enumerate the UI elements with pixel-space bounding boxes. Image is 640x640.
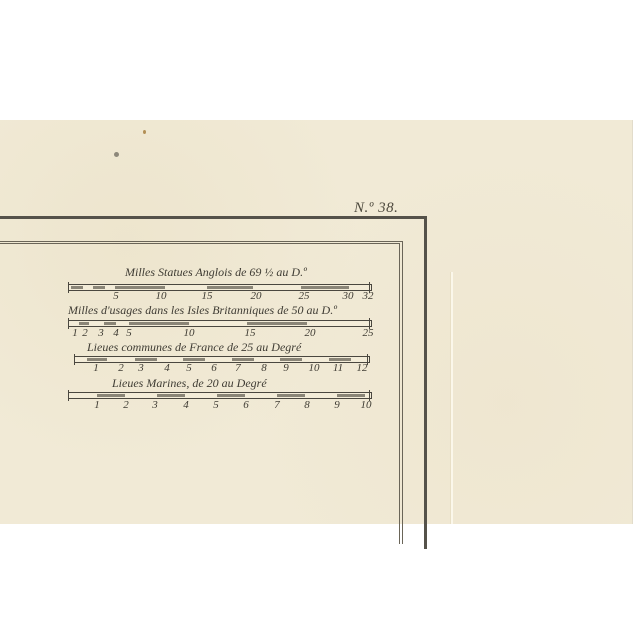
tick-label: 9 bbox=[334, 399, 340, 411]
scale-bar bbox=[68, 320, 372, 327]
foxing-spot bbox=[143, 130, 146, 134]
tick-label: 6 bbox=[243, 399, 249, 411]
scale-title: Lieues communes de France de 25 au Degré bbox=[87, 340, 301, 355]
tick-label: 4 bbox=[183, 399, 189, 411]
plate-number: N.º 38. bbox=[354, 200, 398, 217]
tick-label: 7 bbox=[235, 362, 241, 374]
tick-label: 10 bbox=[184, 327, 195, 339]
tick-label: 4 bbox=[113, 327, 119, 339]
foxing-spot bbox=[114, 152, 119, 157]
plate-mark-edge bbox=[450, 272, 453, 524]
tick-label: 6 bbox=[211, 362, 217, 374]
tick-label: 1 bbox=[93, 362, 99, 374]
tick-label: 8 bbox=[304, 399, 310, 411]
tick-label: 5 bbox=[186, 362, 192, 374]
tick-label: 3 bbox=[138, 362, 144, 374]
tick-label: 10 bbox=[361, 399, 372, 411]
tick-label: 12 bbox=[357, 362, 368, 374]
tick-label: 10 bbox=[309, 362, 320, 374]
tick-label: 25 bbox=[299, 290, 310, 302]
tick-label: 8 bbox=[261, 362, 267, 374]
tick-label: 32 bbox=[363, 290, 374, 302]
tick-label: 2 bbox=[118, 362, 124, 374]
tick-label: 4 bbox=[164, 362, 170, 374]
tick-label: 5 bbox=[213, 399, 219, 411]
tick-label: 3 bbox=[152, 399, 158, 411]
tick-label: 30 bbox=[343, 290, 354, 302]
tick-label: 20 bbox=[251, 290, 262, 302]
tick-label: 1 bbox=[72, 327, 78, 339]
tick-label: 5 bbox=[113, 290, 119, 302]
tick-label: 11 bbox=[333, 362, 343, 374]
tick-label: 5 bbox=[126, 327, 132, 339]
tick-label: 2 bbox=[82, 327, 88, 339]
tick-label: 1 bbox=[94, 399, 100, 411]
tick-label: 25 bbox=[363, 327, 374, 339]
scale-title: Milles d'usages dans les Isles Britanniq… bbox=[68, 303, 337, 318]
tick-label: 15 bbox=[245, 327, 256, 339]
scale-title: Milles Statues Anglois de 69 ½ au D.º bbox=[125, 265, 307, 280]
tick-label: 9 bbox=[283, 362, 289, 374]
tick-label: 3 bbox=[98, 327, 104, 339]
tick-label: 7 bbox=[274, 399, 280, 411]
tick-label: 15 bbox=[202, 290, 213, 302]
scale-title: Lieues Marines, de 20 au Degré bbox=[112, 376, 267, 391]
tick-label: 2 bbox=[123, 399, 129, 411]
scale-bar bbox=[68, 392, 372, 399]
tick-label: 20 bbox=[305, 327, 316, 339]
tick-label: 10 bbox=[156, 290, 167, 302]
